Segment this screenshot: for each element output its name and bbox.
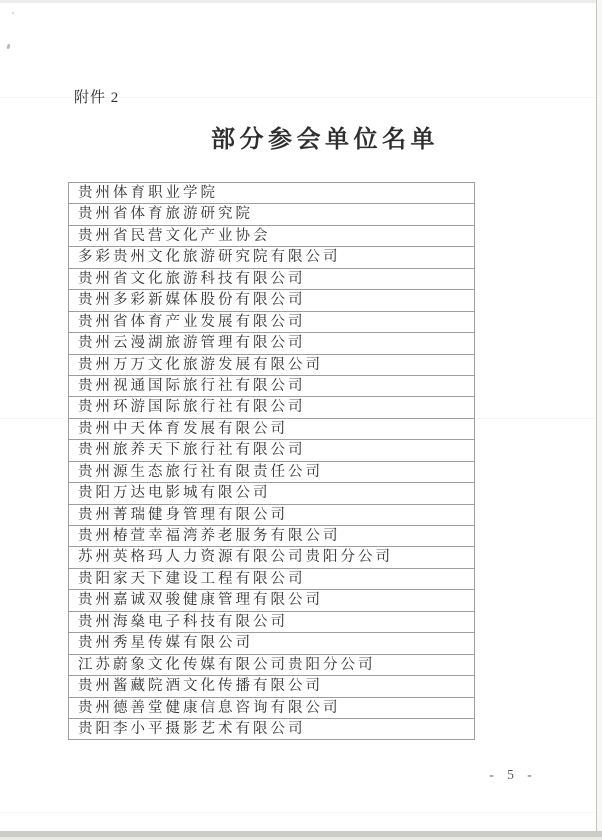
table-row: 贵州云漫湖旅游管理有限公司 bbox=[69, 333, 474, 354]
page-title: 部分参会单位名单 bbox=[211, 119, 439, 154]
table-row: 贵州酱藏院酒文化传播有限公司 bbox=[69, 676, 474, 697]
table-row: 苏州英格玛人力资源有限公司贵阳分公司 bbox=[69, 547, 474, 568]
table-row: 贵州源生态旅行社有限责任公司 bbox=[69, 462, 474, 483]
table-row: 贵州体育职业学院 bbox=[69, 183, 474, 204]
scan-edge-right-line bbox=[596, 0, 597, 833]
table-row: 贵州旅养天下旅行社有限公司 bbox=[69, 440, 474, 461]
table-row: 贵州椿萱幸福湾养老服务有限公司 bbox=[69, 526, 474, 547]
table-row: 贵州视通国际旅行社有限公司 bbox=[69, 376, 474, 397]
table-row: 贵阳家天下建设工程有限公司 bbox=[69, 569, 474, 590]
table-row: 贵州省体育旅游研究院 bbox=[69, 204, 474, 225]
table-row: 贵阳李小平摄影艺术有限公司 bbox=[69, 719, 474, 739]
table-row: 贵州省文化旅游科技有限公司 bbox=[69, 269, 474, 290]
table-row: 贵州嘉诚双骏健康管理有限公司 bbox=[69, 590, 474, 611]
participants-table: 贵州体育职业学院贵州省体育旅游研究院贵州省民营文化产业协会多彩贵州文化旅游研究院… bbox=[68, 182, 475, 740]
table-row: 贵州海燊电子科技有限公司 bbox=[69, 612, 474, 633]
table-row: 贵州中天体育发展有限公司 bbox=[69, 419, 474, 440]
scan-streak bbox=[0, 812, 602, 813]
table-row: 贵州省体育产业发展有限公司 bbox=[69, 312, 474, 333]
attachment-label: 附件 2 bbox=[74, 86, 119, 107]
table-row: 贵州多彩新媒体股份有限公司 bbox=[69, 290, 474, 311]
table-row: 贵州菁瑞健身管理有限公司 bbox=[69, 505, 474, 526]
scan-edge-right-margin bbox=[597, 0, 602, 840]
table-row: 贵阳万达电影城有限公司 bbox=[69, 483, 474, 504]
scan-edge-top bbox=[0, 0, 602, 3]
scan-speck bbox=[12, 12, 14, 14]
page-number: - 5 - bbox=[478, 767, 548, 783]
table-row: 贵州环游国际旅行社有限公司 bbox=[69, 397, 474, 418]
scan-speck bbox=[6, 44, 11, 50]
table-row: 贵州省民营文化产业协会 bbox=[69, 226, 474, 247]
table-row: 贵州秀星传媒有限公司 bbox=[69, 633, 474, 654]
table-row: 贵州德善堂健康信息咨询有限公司 bbox=[69, 698, 474, 719]
table-row: 多彩贵州文化旅游研究院有限公司 bbox=[69, 247, 474, 268]
table-row: 江苏蔚象文化传媒有限公司贵阳分公司 bbox=[69, 655, 474, 676]
document-page: 附件 2 部分参会单位名单 贵州体育职业学院贵州省体育旅游研究院贵州省民营文化产… bbox=[0, 0, 602, 840]
table-row: 贵州万万文化旅游发展有限公司 bbox=[69, 355, 474, 376]
